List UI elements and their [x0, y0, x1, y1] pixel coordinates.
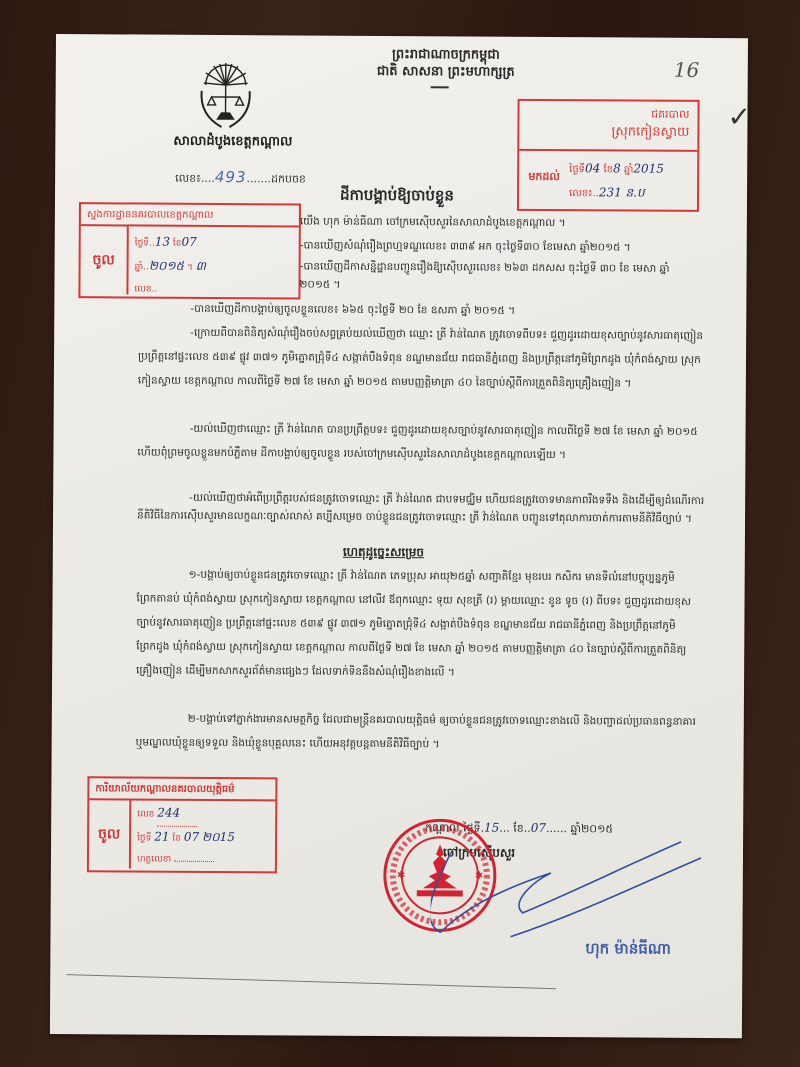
paragraph-failure-to-appear: -យល់ឃើញថាឈ្មោះ ត្រី វ៉ាន់ណៃត បានប្រព្រឹត…	[137, 417, 707, 468]
stamp-header: ការិយាល័យកណ្តាលនគរបាលយុត្តិធម៌	[89, 778, 275, 801]
stamp-number: 244	[157, 806, 180, 820]
day-label: ថ្ងៃទី	[137, 834, 151, 844]
signer-name: ហុក ម៉ាន់ធីណា	[585, 939, 671, 962]
stamp-month: 07	[181, 235, 196, 249]
stamp-number: ៣	[196, 259, 206, 273]
svg-text:✱: ✱	[397, 870, 405, 881]
judge-signature	[430, 832, 711, 954]
stamp-header: ស្នងការដ្ឋាននគរបាលខេត្តកណ្តាល	[81, 204, 299, 227]
stamp-year: ២០១៥	[149, 259, 184, 273]
month-label: ខែ	[603, 164, 613, 175]
paragraph-summons: -បានឃើញដីកាបង្គាប់ឲ្យចូលខ្លួនលេខ៖ ៦៦៥ ចុ…	[190, 297, 710, 324]
footer-divider	[66, 974, 556, 989]
section-heading-decision: ហេតុដូច្នេះសម្រេច	[343, 544, 424, 562]
stamp-day: 13	[155, 235, 170, 249]
stamp-number: 231 ន.ប	[599, 185, 645, 199]
stamp-office: ជគរបាល	[519, 105, 689, 124]
month-label: ខែ	[173, 239, 182, 249]
kingdom-line-1: ព្រះរាជាណាចក្រកម្ពុជា	[326, 46, 566, 64]
kingdom-motto: ជាតិ សាសនា ព្រះមហាក្សត្រ	[326, 63, 566, 81]
number-label: លេខ៖	[569, 188, 593, 199]
stamp-district: ស្រុកកៀនស្វាយ	[519, 123, 689, 142]
warrant-document: សាលាដំបូងខេត្តកណ្តាល ព្រះរាជាណាចក្រកម្ពុ…	[50, 34, 748, 1038]
ref-suffix: ដកបចខ	[271, 172, 306, 185]
stamp-label: ចូល	[89, 800, 131, 868]
kingdom-heading: ព្រះរាជាណាចក្រកម្ពុជា ជាតិ សាសនា ព្រះមហា…	[326, 46, 566, 81]
document-title: ដីកាបង្គាប់ឱ្យចាប់ខ្លួន	[340, 186, 454, 209]
received-stamp-police: ជគរបាល ស្រុកកៀនស្វាយ មកដល់ ថ្ងៃទី04 ខែ8 …	[517, 99, 700, 212]
court-emblem-icon	[195, 57, 255, 133]
court-name: សាលាដំបូងខេត្តកណ្តាល	[173, 133, 292, 153]
year-label: ឆ្នាំ	[135, 262, 144, 272]
stamp-month: 8	[613, 161, 621, 175]
stamp-month: 07	[184, 830, 199, 844]
stamp-day: 04	[585, 161, 600, 175]
month-label: ខែ	[172, 834, 181, 844]
paragraph-prosecution: -បានឃើញដីកាសន្និដ្ឋានបញ្ជូនរឿងឱ្យស៊ើបសួរ…	[299, 257, 699, 295]
paragraph-case-file: -បានឃើញសំណុំរឿងព្រហ្មទណ្ឌលេខ៖ ៣៣៩ អក ចុះ…	[300, 233, 700, 259]
ref-number: 493	[215, 168, 247, 186]
receiver-label: ហត្ថលេខា	[137, 855, 171, 865]
stamp-day: 21	[154, 830, 169, 844]
stamp-label: មកដល់	[519, 151, 569, 205]
paragraph-reasoning: -យល់ឃើញថាអំពើប្រព្រឹត្តរបស់ជនត្រូវចោទឈ្ម…	[137, 489, 707, 528]
heading-divider	[431, 86, 449, 88]
paragraph-charges: -ក្រោយពីបានពិនិត្យសំណុំរឿងចប់សព្វគ្រប់យល…	[138, 321, 708, 396]
number-label: លេខ	[134, 284, 151, 294]
stamp-year: ២០15	[202, 830, 235, 844]
received-stamp-provincial-police: ស្នងការដ្ឋាននគរបាលខេត្តកណ្តាល ចូល ថ្ងៃទី…	[78, 202, 301, 299]
year-label: ឆ្នាំ	[624, 164, 634, 175]
received-stamp-judicial-police: ការិយាល័យកណ្តាលនគរបាលយុត្តិធម៌ ចូល លេខ 2…	[87, 776, 278, 873]
ref-label: លេខ៖	[175, 172, 201, 185]
stamp-label: ចូល	[80, 226, 128, 294]
number-label: លេខ	[137, 810, 154, 820]
day-label: ថ្ងៃទី	[569, 164, 585, 175]
page-number: 16	[674, 58, 700, 82]
decision-item-2: ២-បង្គាប់ទៅភ្នាក់ងារមានសមត្ថកិច្ច ដែលជាម…	[136, 707, 706, 758]
decision-item-1: ១-បង្គាប់ឲ្យចាប់ខ្លួនជនត្រូវចោទឈ្មោះ ត្រ…	[136, 563, 707, 686]
paragraph-judge: យើង ហុក ម៉ាន់ធីណា ចៅក្រមស៊ើបសួរនៃសាលាដំប…	[300, 209, 700, 235]
check-mark-icon: ✓	[727, 100, 751, 133]
reference-number: លេខ៖....493.......ដកបចខ	[175, 168, 306, 189]
day-label: ថ្ងៃទី	[135, 238, 149, 248]
stamp-year: 2015	[633, 162, 664, 176]
